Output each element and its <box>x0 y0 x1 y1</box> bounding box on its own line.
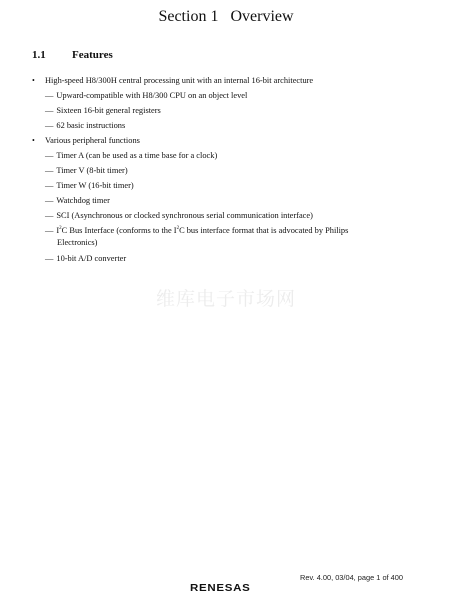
section-name: Overview <box>230 8 293 25</box>
page-footer: Rev. 4.00, 03/04, page 1 of 400 <box>300 573 403 582</box>
bullet-icon: • <box>32 76 35 85</box>
sub-feature-item: —Timer A (can be used as a time base for… <box>45 151 217 161</box>
sub-feature-item: —62 basic instructions <box>45 121 125 131</box>
sub-feature-item: —Timer V (8-bit timer) <box>45 166 128 176</box>
heading-number: 1.1 <box>32 49 72 61</box>
watermark: 维库电子市场网 <box>0 284 452 311</box>
feature-item: Various peripheral functions <box>45 136 140 146</box>
dash-icon: — <box>45 181 53 191</box>
renesas-logo: RENESAS <box>190 583 250 594</box>
heading-text: Features <box>72 49 113 61</box>
dash-icon: — <box>45 121 53 131</box>
sub-feature-item: —Sixteen 16-bit general registers <box>45 106 161 116</box>
dash-icon: — <box>45 211 53 221</box>
sub-feature-item-i2c: —I2C Bus Interface (conforms to the I2C … <box>45 226 348 236</box>
dash-icon: — <box>45 226 53 236</box>
sub-feature-item: —Watchdog timer <box>45 196 110 206</box>
sub-feature-item: —10-bit A/D converter <box>45 254 126 264</box>
bullet-icon: • <box>32 136 35 145</box>
sub-feature-item: —Upward-compatible with H8/300 CPU on an… <box>45 91 247 101</box>
dash-icon: — <box>45 166 53 176</box>
dash-icon: — <box>45 196 53 206</box>
sub-feature-continuation: Electronics) <box>57 238 97 248</box>
sub-feature-item: —Timer W (16-bit timer) <box>45 181 134 191</box>
subsection-heading: 1.1Features <box>32 49 113 61</box>
dash-icon: — <box>45 91 53 101</box>
page-title: Section 1Overview <box>0 8 452 26</box>
dash-icon: — <box>45 151 53 161</box>
sub-feature-item: —SCI (Asynchronous or clocked synchronou… <box>45 211 313 221</box>
dash-icon: — <box>45 254 53 264</box>
dash-icon: — <box>45 106 53 116</box>
feature-item: High-speed H8/300H central processing un… <box>45 76 313 86</box>
section-number: Section 1 <box>158 8 218 25</box>
